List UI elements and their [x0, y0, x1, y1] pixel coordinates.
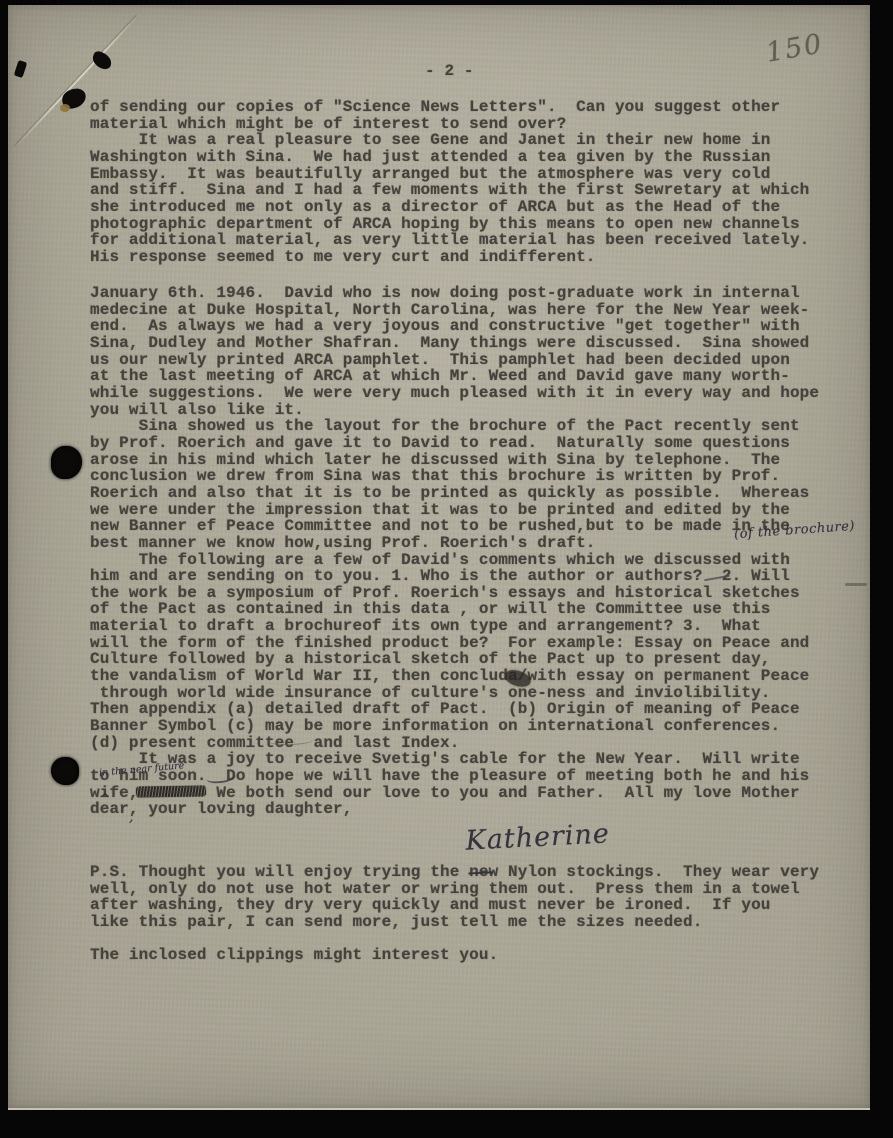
insertion-caret: ^ — [100, 791, 110, 805]
paragraph-1: of sending our copies of "Science News L… — [90, 99, 809, 266]
scanned-letter-page: - 2 - 150 of sending our copies of "Scie… — [0, 0, 893, 1138]
paragraph-body: January 6th. 1946. David who is now doin… — [90, 285, 819, 818]
signature-flourish-dash: — — [466, 855, 496, 887]
signature-handwritten: Katherine — — [425, 787, 614, 920]
closing-line: The inclosed clippings might interest yo… — [90, 947, 498, 964]
stain-spot — [60, 104, 70, 112]
signature-name: Katherine — [465, 818, 611, 857]
strikethrough-scribble — [136, 785, 206, 797]
tear-mark — [90, 50, 114, 72]
edge-tear-mark — [14, 60, 28, 78]
inserted-comma-mark: , — [129, 809, 133, 825]
hole-punch-bottom — [51, 757, 79, 785]
pencil-dash-margin — [845, 583, 867, 586]
page-number-header: - 2 - — [425, 63, 474, 80]
